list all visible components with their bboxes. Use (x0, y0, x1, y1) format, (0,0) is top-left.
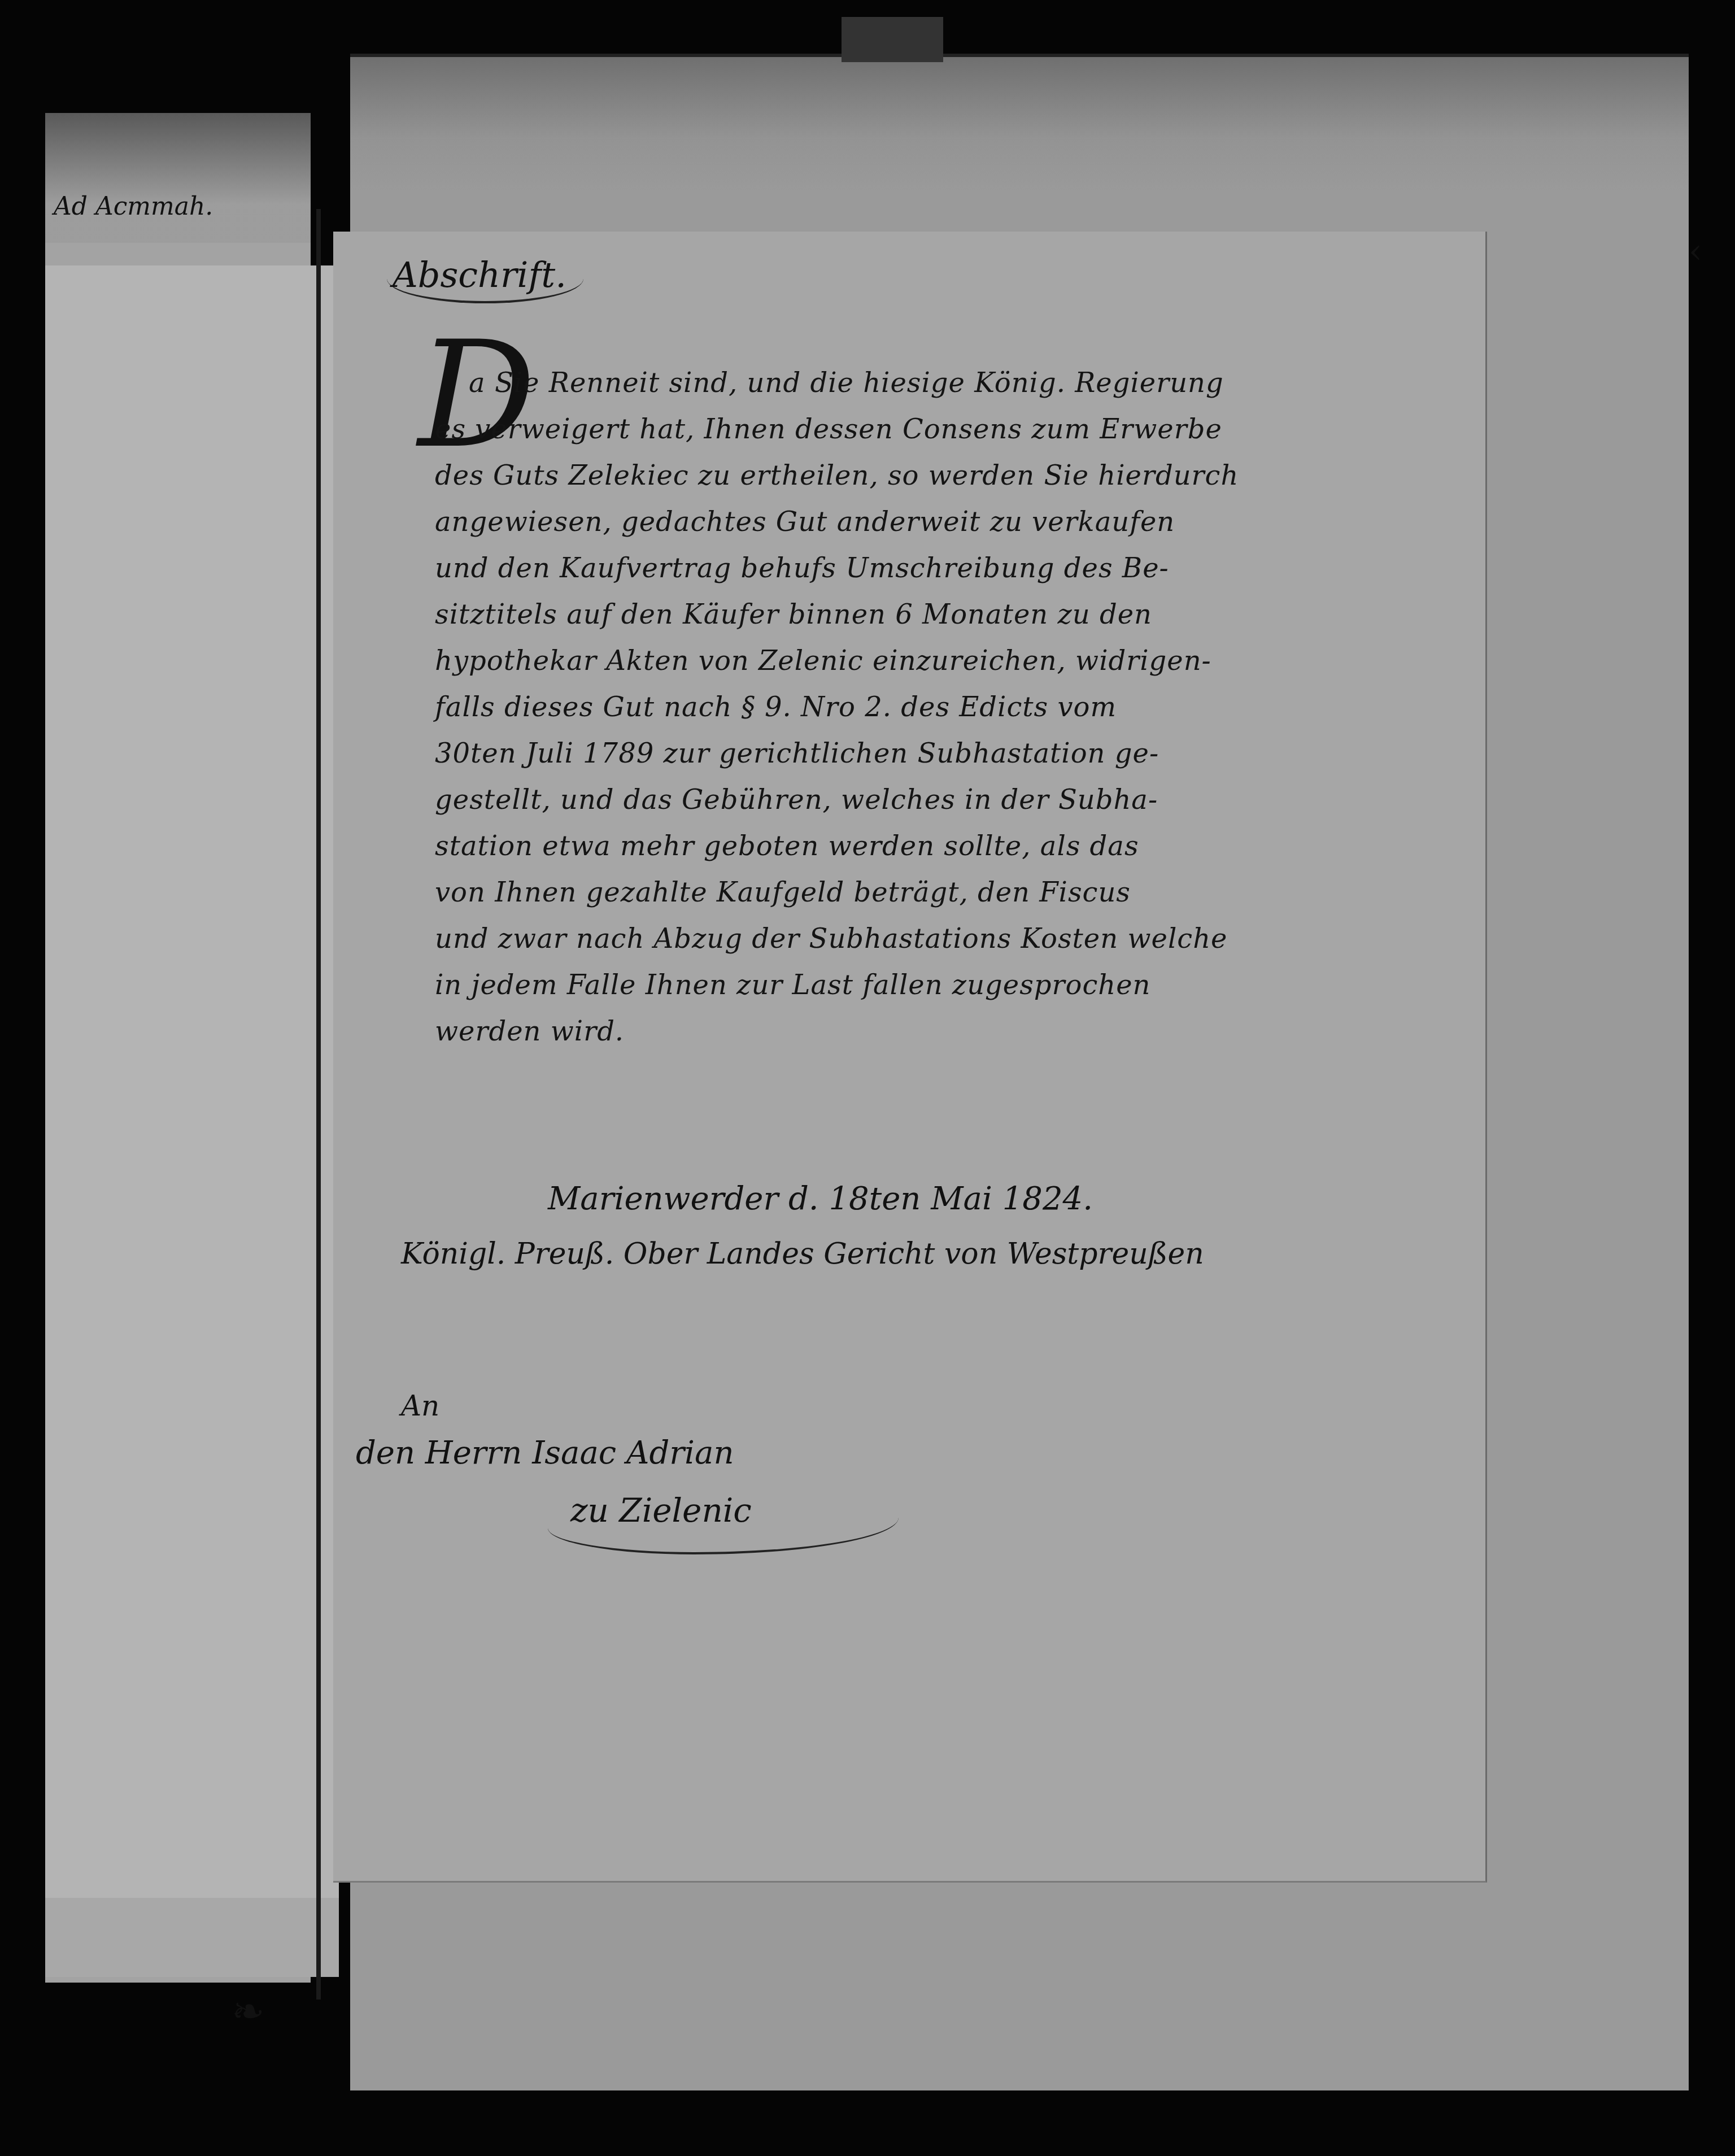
left-strip-fold (45, 1898, 339, 1977)
body-line: und zwar nach Abzug der Subhastations Ko… (435, 923, 1468, 969)
document-heading: Abschrift. (387, 254, 583, 303)
body-line: es verweigert hat, Ihnen dessen Consens … (435, 413, 1468, 460)
binding-edge (316, 209, 321, 2000)
binding-clip (842, 17, 943, 62)
flourish-mark-icon: ❧ (232, 1988, 265, 2035)
body-line: und den Kaufvertrag behufs Umschreibung … (435, 552, 1468, 599)
dateline: Marienwerder d. 18ten Mai 1824. (548, 1181, 1093, 1217)
document-page: Abschrift. D a Sie Renneit sind, und die… (333, 232, 1487, 1883)
body-line: station etwa mehr geboten werden sollte,… (435, 830, 1468, 877)
body-line: gestellt, und das Gebühren, welches in d… (435, 784, 1468, 830)
left-folio-strip (45, 113, 311, 1983)
address-place: zu Zielenic (548, 1491, 899, 1554)
body-line: falls dieses Gut nach § 9. Nro 2. des Ed… (435, 691, 1468, 738)
left-strip-stain (45, 113, 311, 243)
body-line: des Guts Zelekiec zu ertheilen, so werde… (435, 460, 1468, 506)
body-line: von Ihnen gezahlte Kaufgeld beträgt, den… (435, 877, 1468, 923)
body-line: werden wird. (435, 1016, 1468, 1062)
issuing-authority: Königl. Preuß. Ober Landes Gericht von W… (401, 1237, 1204, 1271)
address-to: An (401, 1390, 439, 1422)
left-strip-lower-sheet (45, 265, 339, 1977)
address-recipient: den Herrn Isaac Adrian (356, 1435, 734, 1471)
body-line: hypothekar Akten von Zelenic einzureiche… (435, 645, 1468, 691)
margin-tick-icon: ‹ (1689, 232, 1702, 271)
body-line: angewiesen, gedachtes Gut anderweit zu v… (435, 506, 1468, 552)
body-line: in jedem Falle Ihnen zur Last fallen zug… (435, 969, 1468, 1016)
body-line: sitztitels auf den Käufer binnen 6 Monat… (435, 599, 1468, 645)
body-line: 30ten Juli 1789 zur gerichtlichen Subhas… (435, 738, 1468, 784)
body-line: a Sie Renneit sind, und die hiesige Köni… (435, 367, 1468, 413)
letter-body: a Sie Renneit sind, und die hiesige Köni… (435, 367, 1468, 1062)
left-margin-annotation: Ad Acmmah. (54, 192, 213, 221)
